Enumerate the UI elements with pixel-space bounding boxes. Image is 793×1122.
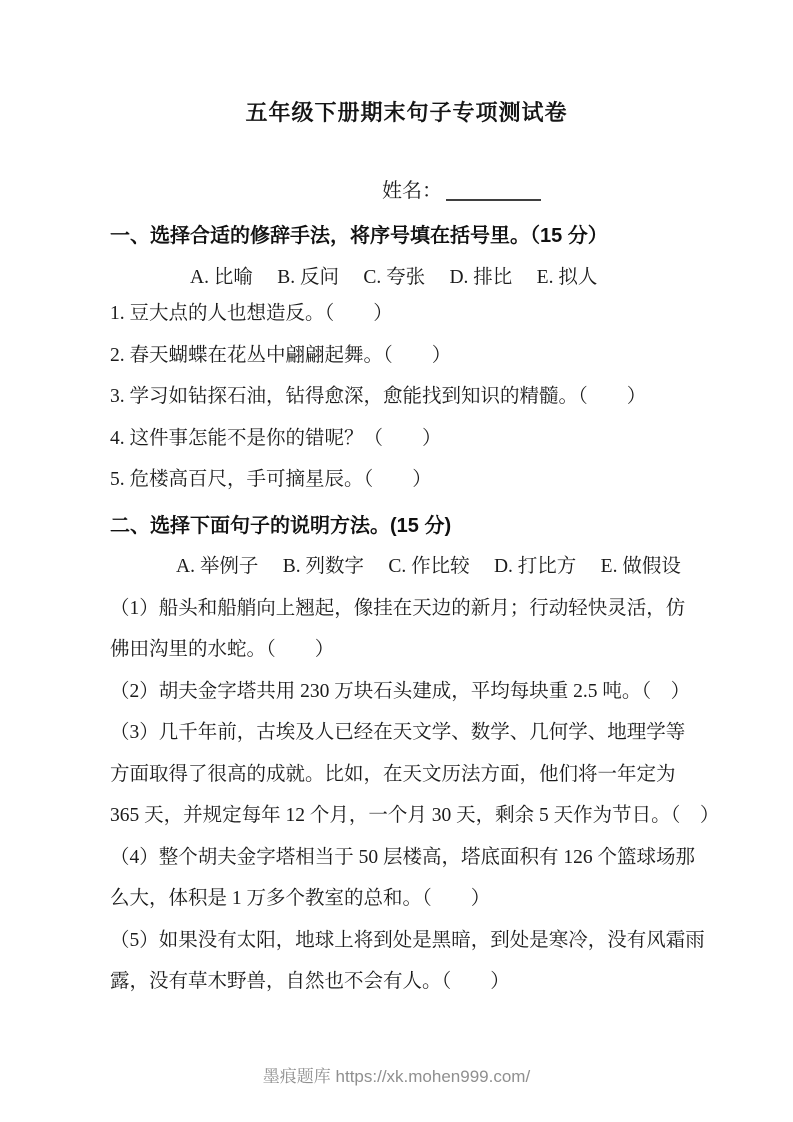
section1-options: A. 比喻 B. 反问 C. 夸张 D. 排比 E. 拟人 <box>110 263 703 293</box>
question-line: 365 天，并规定每年 12 个月，一个月 30 天，剩余 5 天作为节日。（ … <box>110 795 703 837</box>
question-line: （5）如果没有太阳，地球上将到处是黑暗，到处是寒冷，没有风霜雨 <box>110 920 703 962</box>
question-line: （3）几千年前，古埃及人已经在天文学、数学、几何学、地理学等 <box>110 712 703 754</box>
question-line: 露，没有草木野兽，自然也不会有人。（ ） <box>110 961 703 1003</box>
question-line: （2）胡夫金字塔共用 230 万块石头建成，平均每块重 2.5 吨。（ ） <box>110 671 703 713</box>
question-line: 佛田沟里的水蛇。（ ） <box>110 629 703 671</box>
section1-heading: 一、选择合适的修辞手法，将序号填在括号里。（15 分） <box>110 220 703 252</box>
question-item: 1. 豆大点的人也想造反。（ ） <box>110 293 703 335</box>
question-item: 5. 危楼高百尺，手可摘星辰。（ ） <box>110 459 703 501</box>
question-item: 3. 学习如钻探石油，钻得愈深，愈能找到知识的精髓。（ ） <box>110 376 703 418</box>
section1-questions: 1. 豆大点的人也想造反。（ ） 2. 春天蝴蝶在花丛中翩翩起舞。（ ） 3. … <box>110 293 703 501</box>
name-blank-underline <box>446 179 541 201</box>
name-row: 姓名： <box>155 146 748 176</box>
question-item: 4. 这件事怎能不是你的错呢？（ ） <box>110 418 703 460</box>
question-line: （1）船头和船艄向上翘起，像挂在天边的新月；行动轻快灵活，仿 <box>110 588 703 630</box>
page-title: 五年级下册期末句子专项测试卷 <box>110 0 703 130</box>
section2-heading: 二、选择下面句子的说明方法。(15 分) <box>110 510 703 542</box>
question-line: 么大，体积是 1 万多个教室的总和。（ ） <box>110 878 703 920</box>
name-label: 姓名： <box>382 180 442 202</box>
question-item: 2. 春天蝴蝶在花丛中翩翩起舞。（ ） <box>110 335 703 377</box>
test-paper-page: 五年级下册期末句子专项测试卷 姓名： 一、选择合适的修辞手法，将序号填在括号里。… <box>0 0 793 1122</box>
question-line: 方面取得了很高的成就。比如，在天文历法方面，他们将一年定为 <box>110 754 703 796</box>
section2-options: A. 举例子 B. 列数字 C. 作比较 D. 打比方 E. 做假设 <box>110 552 703 582</box>
section2-questions: （1）船头和船艄向上翘起，像挂在天边的新月；行动轻快灵活，仿 佛田沟里的水蛇。（… <box>110 588 703 1003</box>
footer-watermark: 墨痕题库 https://xk.mohen999.com/ <box>0 1062 793 1087</box>
question-line: （4）整个胡夫金字塔相当于 50 层楼高，塔底面积有 126 个篮球场那 <box>110 837 703 879</box>
